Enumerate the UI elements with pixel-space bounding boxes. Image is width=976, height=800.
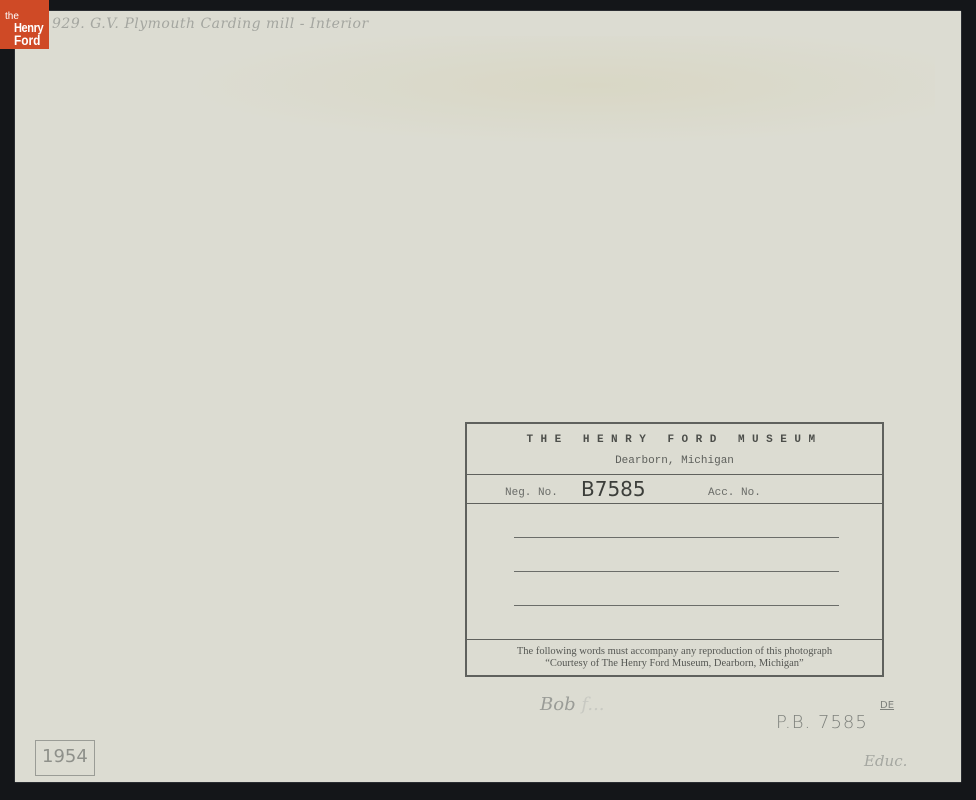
logo-ford: Ford xyxy=(14,33,40,47)
acc-no-label: Acc. No. xyxy=(708,487,761,499)
stamp-header: THE HENRY FORD MUSEUM Dearborn, Michigan xyxy=(467,424,882,475)
stamp-title: THE HENRY FORD MUSEUM xyxy=(467,434,882,446)
handwritten-de-mark: DE xyxy=(880,700,894,711)
bob-faint-text: f... xyxy=(581,694,604,715)
paper-stain xyxy=(175,36,935,146)
neg-no-value: B7585 xyxy=(581,477,646,501)
bob-text: Bob xyxy=(540,694,576,715)
stamp-footer-divider xyxy=(467,639,882,640)
handwritten-bob: Bob f... xyxy=(540,694,605,715)
stamp-blank-line-1 xyxy=(514,537,839,538)
stamp-neg-row: Neg. No. B7585 Acc. No. xyxy=(467,475,882,504)
henry-ford-logo: the Henry Ford xyxy=(0,0,49,49)
museum-stamp: THE HENRY FORD MUSEUM Dearborn, Michigan… xyxy=(465,422,884,677)
handwritten-caption: 929. G.V. Plymouth Carding mill - Interi… xyxy=(52,16,369,32)
handwritten-pb-number: P.B. 7585 xyxy=(776,712,868,733)
handwritten-year: 1954 xyxy=(35,740,95,776)
stamp-footer-line-1: The following words must accompany any r… xyxy=(467,646,882,657)
handwritten-educ: Educ. xyxy=(864,752,907,770)
stamp-blank-line-2 xyxy=(514,571,839,572)
neg-no-label: Neg. No. xyxy=(505,487,558,499)
stamp-footer-line-2: “Courtesy of The Henry Ford Museum, Dear… xyxy=(467,658,882,669)
stamp-subtitle: Dearborn, Michigan xyxy=(467,455,882,467)
stamp-blank-line-3 xyxy=(514,605,839,606)
